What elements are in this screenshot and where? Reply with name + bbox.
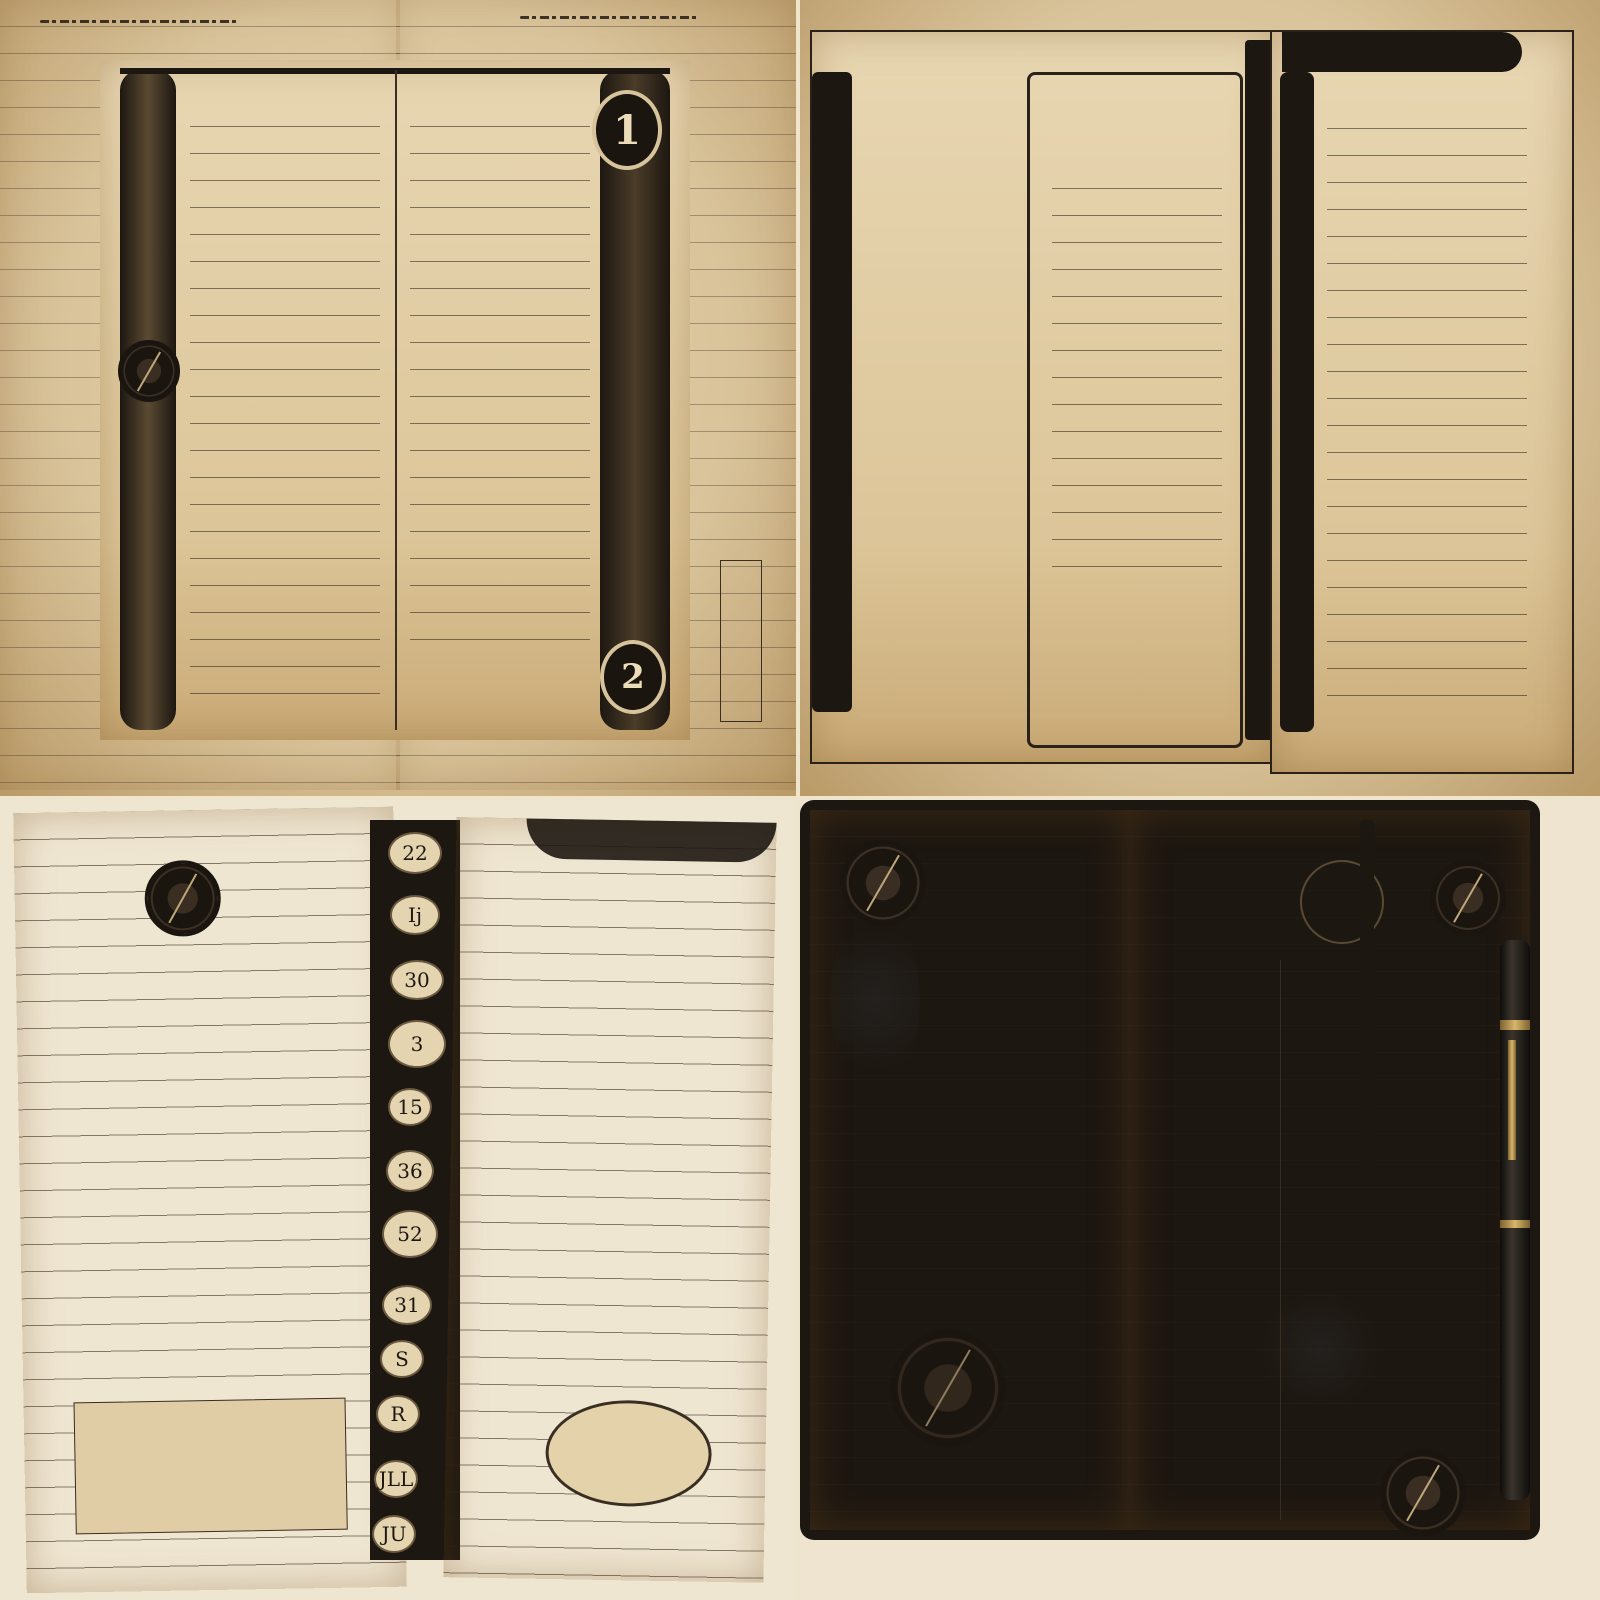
chapter-medallion-1: 1 [592,90,662,170]
panel-badge-strip: 22 Ij 30 3 15 36 52 31 S R JLL JU [0,800,796,1600]
column-rule [1280,960,1281,1520]
ink-stain [1260,1290,1380,1410]
book-spread: 1 2 [100,60,690,740]
pen-clip [1508,1040,1516,1160]
bookmark-ribbon [1360,820,1374,1170]
sun-seal [144,860,221,937]
margin-note-box [720,560,762,722]
book-gutter [395,70,397,730]
chapter-medallion-2: 2 [600,640,666,714]
ornate-border-right-card [1280,72,1314,732]
badge: JU [372,1515,416,1553]
compass-seal [1380,1450,1466,1536]
badge: 36 [386,1150,434,1192]
ornate-top-border [526,818,777,862]
compass-rose-blot [890,1330,1006,1446]
notebook-left-page [810,810,1130,1530]
torn-ruled-page [13,807,407,1594]
header-script [520,16,700,19]
pen-band [1500,1220,1530,1228]
ornate-border-right [600,70,670,730]
panel-journal-cards [800,0,1600,796]
footer-note-box [74,1398,348,1535]
panel-ornate-book: 1 2 [0,0,796,796]
ink-stain [830,910,920,1090]
inner-frame [1027,72,1243,748]
badge: Ij [390,895,440,935]
cartouche [545,1399,713,1508]
panel-notebook-pen [800,800,1600,1600]
fountain-pen [1500,940,1530,1500]
header-script [40,20,240,23]
badge: 22 [388,832,442,874]
badge: 52 [382,1210,438,1258]
notebook-right-page [1130,810,1530,1530]
right-page-lines [410,100,590,660]
left-card [810,30,1274,764]
badge: 3 [388,1020,446,1068]
left-page-lines [190,100,380,720]
badge: R [376,1395,420,1433]
splatter-border-left [812,72,852,712]
badge: 31 [382,1285,432,1325]
badge: JLL [374,1460,418,1498]
compass-seal [1430,860,1506,936]
badge: 30 [390,960,444,1000]
script-page [443,817,776,1582]
right-card [1270,30,1574,774]
right-card-lines [1327,102,1527,712]
title-banner [1282,32,1522,72]
pen-band [1500,1020,1530,1030]
ornament-seal [118,340,180,402]
badge: S [380,1340,424,1378]
badge: 15 [388,1088,432,1126]
